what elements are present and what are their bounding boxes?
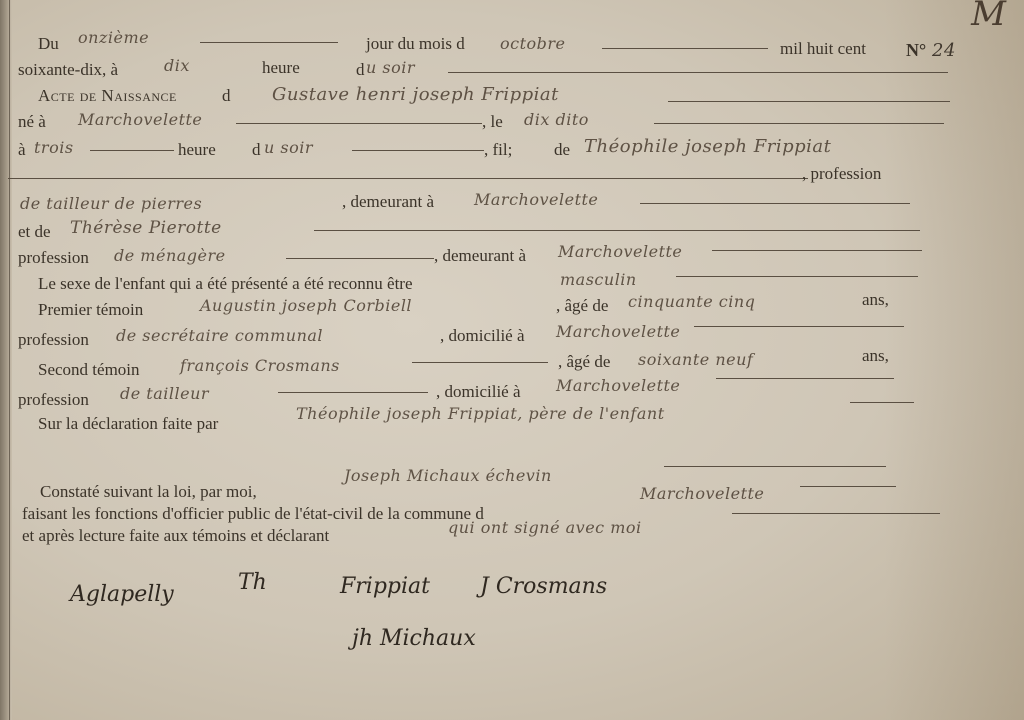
label-number: N° xyxy=(906,40,926,60)
rule xyxy=(602,48,768,49)
label-profession-3: profession xyxy=(18,330,89,350)
label-demeurant-2: , demeurant à xyxy=(434,246,526,266)
label-d-2: d xyxy=(252,140,261,160)
signature-2: Th xyxy=(238,570,267,595)
signature-1: Aglapelly xyxy=(70,582,174,607)
rule xyxy=(412,362,548,363)
label-fil: , fil; xyxy=(484,140,512,160)
label-faisant: faisant les fonctions d'officier public … xyxy=(22,504,484,524)
label-profession-2: profession xyxy=(18,248,89,268)
hw-father-residence: Marchovelette xyxy=(474,190,598,209)
label-age-de: , âgé de xyxy=(556,296,608,316)
label-lecture: et après lecture faite aux témoins et dé… xyxy=(22,526,329,546)
hw-signed-statement: qui ont signé avec moi xyxy=(448,518,642,537)
hw-witness2-name: françois Crosmans xyxy=(180,356,340,375)
label-heure-2: heure xyxy=(178,140,216,160)
hw-witness1-profession: de secrétaire communal xyxy=(116,326,323,345)
label-ans: ans, xyxy=(862,290,889,310)
rule xyxy=(352,150,484,151)
label-jour-du-mois: jour du mois d xyxy=(366,34,465,54)
rule xyxy=(654,123,944,124)
label-ans-2: ans, xyxy=(862,346,889,366)
section-divider xyxy=(8,178,808,179)
hw-sex: masculin xyxy=(560,270,637,289)
rule xyxy=(448,72,948,73)
hw-birth-hour: trois xyxy=(34,138,74,157)
rule xyxy=(732,513,940,514)
label-demeurant: , demeurant à xyxy=(342,192,434,212)
label-acte-de-naissance: Acte de Naissance xyxy=(38,86,177,106)
signature-3: Frippiat xyxy=(340,574,430,599)
hw-witness2-residence: Marchovelette xyxy=(556,376,680,395)
rule xyxy=(676,276,918,277)
hw-commune: Marchovelette xyxy=(640,484,764,503)
label-profession-4: profession xyxy=(18,390,89,410)
hw-day: onzième xyxy=(78,28,149,47)
rule xyxy=(314,230,920,231)
label-mil-huit-cent: mil huit cent xyxy=(780,39,866,59)
label-de: d xyxy=(222,86,231,106)
label-et-de: et de xyxy=(18,222,51,242)
label-domicilie: , domicilié à xyxy=(440,326,525,346)
hw-hour: dix xyxy=(164,56,190,75)
label-soixante-dix: soixante-dix, à xyxy=(18,60,118,80)
label-age-de-2: , âgé de xyxy=(558,352,610,372)
label-premier-temoin: Premier témoin xyxy=(38,300,143,320)
hw-father-name: Théophile joseph Frippiat xyxy=(584,136,831,157)
label-profession: , profession xyxy=(802,164,881,184)
rule xyxy=(800,486,896,487)
rule xyxy=(236,123,482,124)
hw-declarant: Théophile joseph Frippiat, père de l'enf… xyxy=(296,404,665,423)
rule xyxy=(694,326,904,327)
label-ne-a: né à xyxy=(18,112,46,132)
hw-period: u soir xyxy=(366,58,415,77)
rule xyxy=(90,150,174,151)
label-de-2: de xyxy=(554,140,570,160)
label-sexe: Le sexe de l'enfant qui a été présenté a… xyxy=(38,274,413,294)
hw-father-profession: de tailleur de pierres xyxy=(20,194,202,213)
hw-witness2-age: soixante neuf xyxy=(638,350,753,369)
hw-birthplace: Marchovelette xyxy=(78,110,202,129)
hw-mother-residence: Marchovelette xyxy=(558,242,682,261)
label-domicilie-2: , domicilié à xyxy=(436,382,521,402)
signature-4: J Crosmans xyxy=(480,574,607,599)
label-a: à xyxy=(18,140,26,160)
hw-mother-name: Thérèse Pierotte xyxy=(70,218,222,238)
hw-mother-profession: de ménagère xyxy=(114,246,226,265)
rule xyxy=(278,392,428,393)
hw-witness1-residence: Marchovelette xyxy=(556,322,680,341)
rule xyxy=(286,258,434,259)
binding-line xyxy=(9,0,10,720)
signature-5: jh Michaux xyxy=(352,626,476,651)
hw-witness1-age: cinquante cinq xyxy=(628,292,755,311)
rule xyxy=(668,101,950,102)
hw-witness1-name: Augustin joseph Corbiell xyxy=(200,296,412,315)
rule xyxy=(712,250,922,251)
hw-child-name: Gustave henri joseph Frippiat xyxy=(272,84,559,105)
label-declaration: Sur la déclaration faite par xyxy=(38,414,218,434)
label-second-temoin: Second témoin xyxy=(38,360,140,380)
label-le: , le xyxy=(482,112,503,132)
hw-month: octobre xyxy=(500,34,566,53)
label-constate: Constaté suivant la loi, par moi, xyxy=(40,482,257,502)
label-heure: heure xyxy=(262,58,300,78)
rule xyxy=(850,402,914,403)
hw-officer: Joseph Michaux échevin xyxy=(344,466,552,485)
rule xyxy=(716,378,894,379)
rule xyxy=(664,466,886,467)
hw-witness2-profession: de tailleur xyxy=(120,384,209,403)
hw-period-2: u soir xyxy=(264,138,313,157)
corner-annotation: M xyxy=(971,0,1006,34)
label-d: d xyxy=(356,60,365,80)
hw-birth-day: dix dito xyxy=(524,110,589,129)
hw-act-number: 24 xyxy=(932,40,956,61)
rule xyxy=(200,42,338,43)
rule xyxy=(640,203,910,204)
page-shadow xyxy=(884,0,1024,720)
label-du: Du xyxy=(38,34,59,54)
page-binding-edge xyxy=(0,0,12,720)
